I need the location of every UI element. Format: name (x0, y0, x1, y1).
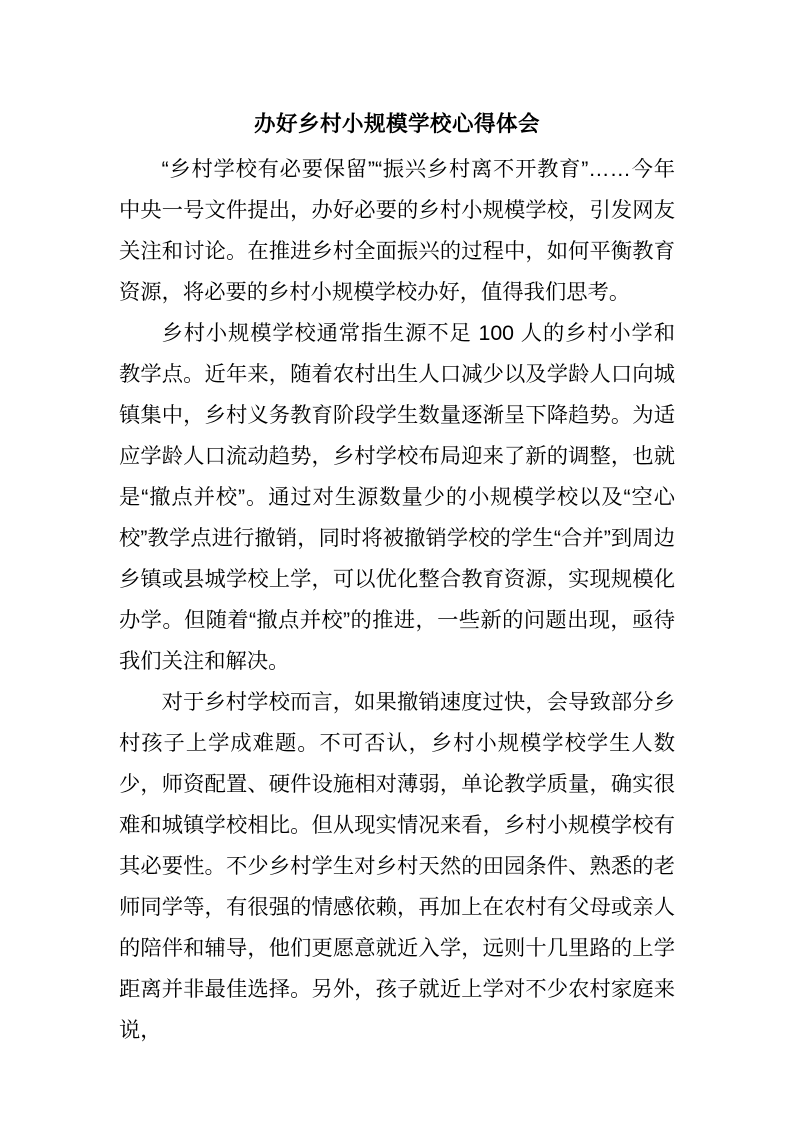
paragraph-intro: “乡村学校有必要保留”“振兴乡村离不开教育”……今年中央一号文件提出，办好必要的… (119, 149, 675, 313)
paragraph-background: 乡村小规模学校通常指生源不足 100 人的乡村小学和教学点。近年来，随着农村出生… (119, 313, 675, 682)
paragraph-analysis: 对于乡村学校而言，如果撤销速度过快，会导致部分乡村孩子上学成难题。不可否认，乡村… (119, 682, 675, 1051)
document-page: 办好乡村小规模学校心得体会 “乡村学校有必要保留”“振兴乡村离不开教育”……今年… (0, 0, 793, 1122)
document-title: 办好乡村小规模学校心得体会 (119, 104, 675, 145)
